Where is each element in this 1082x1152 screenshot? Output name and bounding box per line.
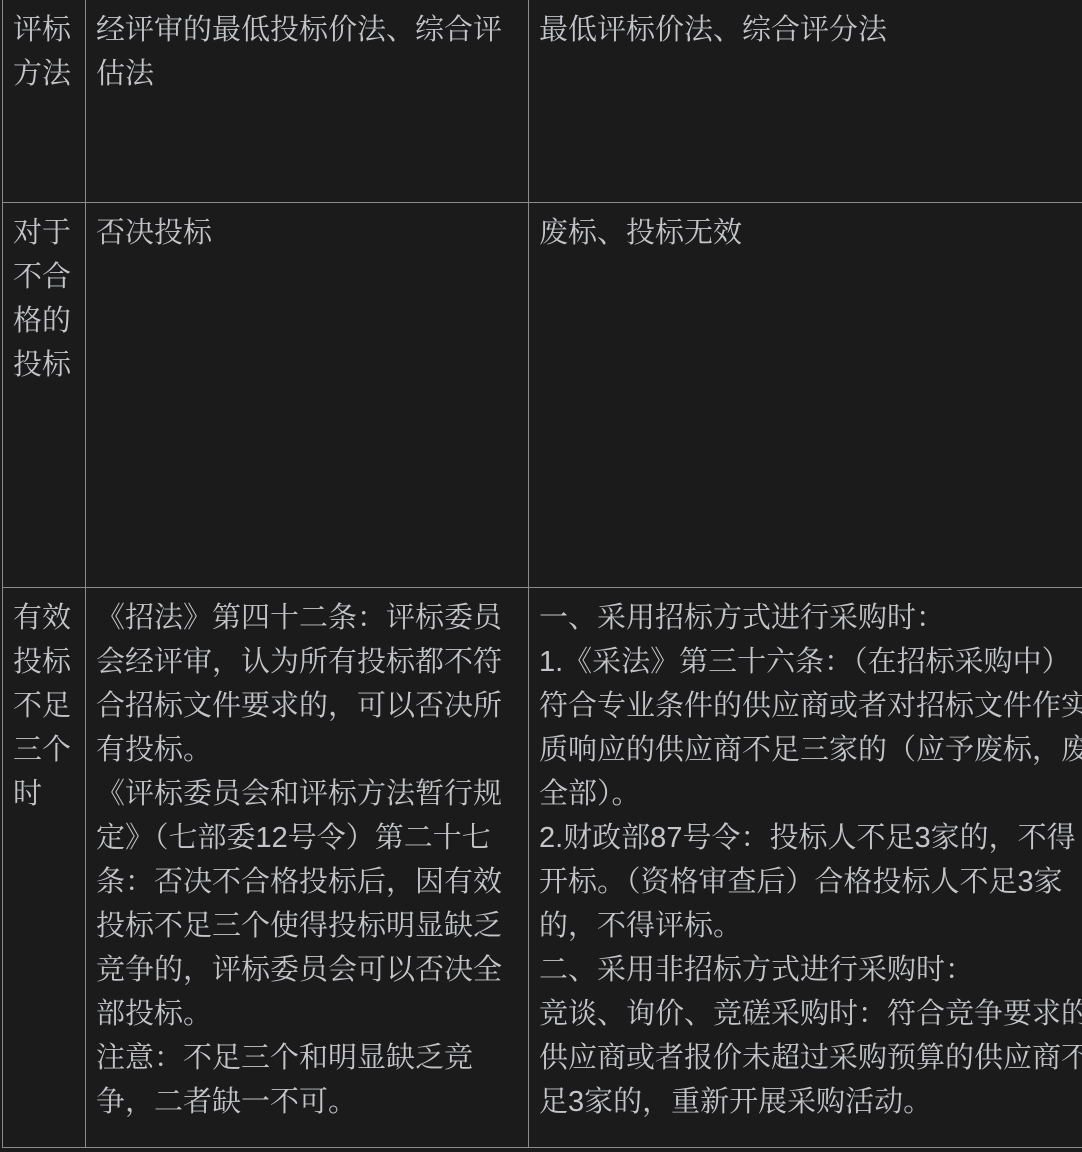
- column2-cell: 最低评标价法、综合评分法: [529, 0, 1082, 202]
- row-header-cell: 对于不合格的投标: [3, 202, 86, 587]
- comparison-table: 评标方法 经评审的最低投标价法、综合评估法 最低评标价法、综合评分法 对于不合格…: [2, 0, 1082, 1148]
- table-row: 对于不合格的投标 否决投标 废标、投标无效: [3, 202, 1082, 587]
- column2-cell: 废标、投标无效: [529, 202, 1082, 587]
- row-header-cell: 评标方法: [3, 0, 86, 202]
- table-row: 评标方法 经评审的最低投标价法、综合评估法 最低评标价法、综合评分法: [3, 0, 1082, 202]
- table-viewport: 评标方法 经评审的最低投标价法、综合评估法 最低评标价法、综合评分法 对于不合格…: [0, 0, 1082, 1152]
- column1-cell: 《招法》第四十二条：评标委员会经评审，认为所有投标都不符合招标文件要求的，可以否…: [86, 587, 529, 1147]
- column2-cell: 一、采用招标方式进行采购时： 1.《采法》第三十六条：（在招标采购中）符合专业条…: [529, 587, 1082, 1147]
- row-header-cell: 有效投标不足三个时: [3, 587, 86, 1147]
- column1-cell: 经评审的最低投标价法、综合评估法: [86, 0, 529, 202]
- table-row: 有效投标不足三个时 《招法》第四十二条：评标委员会经评审，认为所有投标都不符合招…: [3, 587, 1082, 1147]
- column1-cell: 否决投标: [86, 202, 529, 587]
